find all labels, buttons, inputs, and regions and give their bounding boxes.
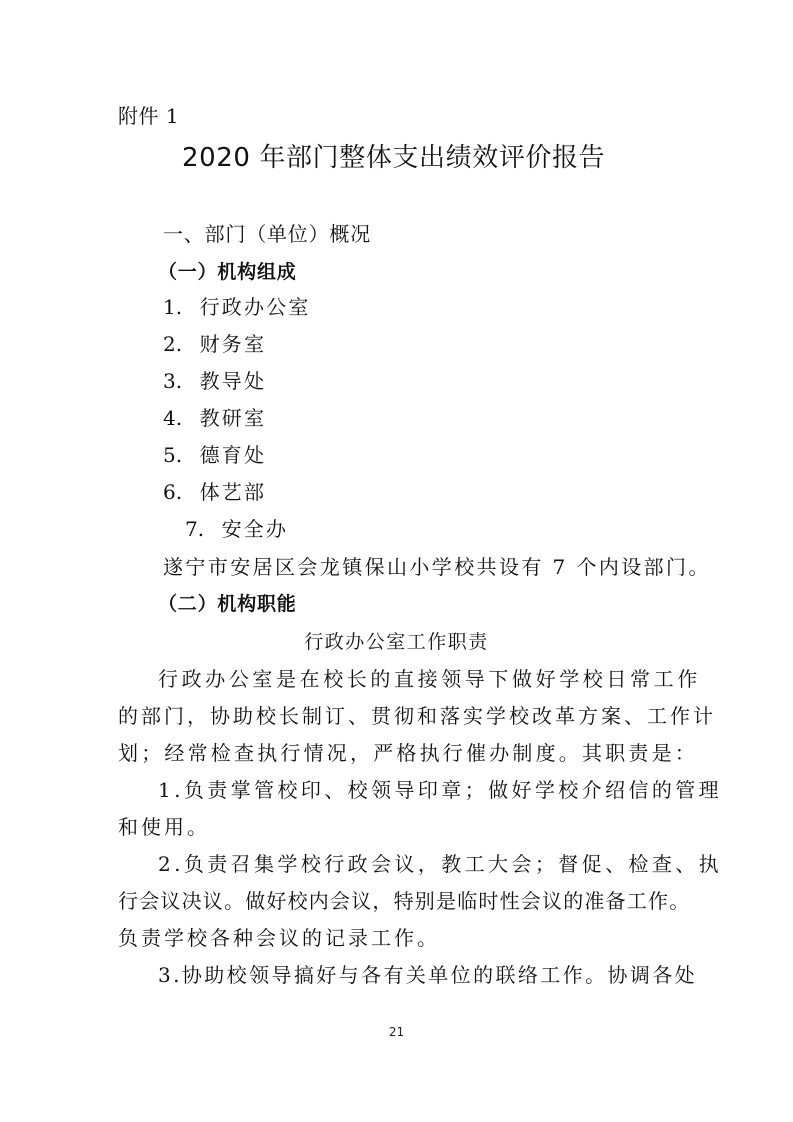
paragraph-line: 行会议决议。做好校内会议，特别是临时性会议的准备工作。 [118,889,690,913]
list-number: 6. [163,480,191,504]
department-list-item: 4. 教研室 [163,406,266,430]
department-list-item: 7. 安全办 [185,517,288,541]
paragraph-line: 2.负责召集学校行政会议，教工大会；督促、检查、执 [158,852,722,876]
paragraph-line: 划；经常检查执行情况，严格执行催办制度。其职责是： [118,741,698,765]
paragraph-line: 1.负责掌管校印、校领导印章；做好学校介绍信的管理 [158,778,722,802]
department-list-item: 5. 德育处 [163,443,266,467]
subsection-heading-composition: （一）机构组成 [158,260,297,284]
paragraph-line: 和使用。 [118,815,210,839]
department-name: 安全办 [222,517,289,541]
department-name: 财务室 [200,332,267,356]
department-list-item: 2. 财务室 [163,332,266,356]
department-list-item: 3. 教导处 [163,369,266,393]
paragraph-line: 行政办公室是在校长的直接领导下做好学校日常工作 [158,667,701,691]
document-title: 2020 年部门整体支出绩效评价报告 [182,142,605,174]
department-name: 德育处 [200,443,267,467]
subsection-heading-functions: （二）机构职能 [158,592,297,616]
department-list-item: 6. 体艺部 [163,480,266,504]
office-duties-heading: 行政办公室工作职责 [0,630,793,654]
paragraph-line: 负责学校各种会议的记录工作。 [118,926,440,950]
attachment-label: 附件 1 [118,104,179,128]
department-name: 教研室 [200,406,267,430]
department-count-sentence: 遂宁市安居区会龙镇保山小学校共设有 7 个内设部门。 [163,555,711,579]
list-number: 1. [163,295,191,319]
department-name: 行政办公室 [200,295,311,319]
department-list-item: 1. 行政办公室 [163,295,311,319]
list-number: 4. [163,406,191,430]
department-name: 教导处 [200,369,267,393]
list-number: 7. [185,517,213,541]
list-number: 2. [163,332,191,356]
paragraph-line: 3.协助校领导搞好与各有关单位的联络工作。协调各处 [158,963,697,987]
list-number: 5. [163,443,191,467]
section-heading-overview: 一、部门（单位）概况 [163,222,371,246]
paragraph-line: 的部门，协助校长制订、贯彻和落实学校改革方案、工作计 [118,704,716,728]
page-number: 21 [0,1025,793,1039]
department-name: 体艺部 [200,480,267,504]
list-number: 3. [163,369,191,393]
